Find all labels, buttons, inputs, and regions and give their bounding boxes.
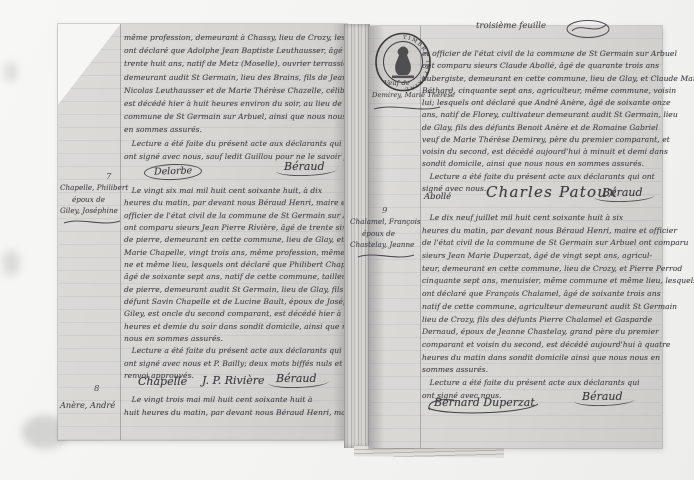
signature-declarant: J. P. Rivière	[202, 374, 265, 387]
handwritten-line: ans, natif de Florey, cultivateur demeur…	[422, 109, 660, 121]
handwritten-line: Lecture a été faite du présent acte aux …	[422, 171, 660, 183]
handwritten-line: heures et demie du soir dans sondit domi…	[124, 321, 346, 333]
act-text-block: Le dix neuf juillet mil huit cent soixan…	[422, 212, 660, 402]
handwritten-line: de l'état civil de la commune de St Germ…	[422, 237, 660, 250]
handwritten-line: natif de cette commune, agriculteur deme…	[422, 301, 660, 314]
handwritten-line: de pierre, demeurant audit St Germain, l…	[124, 284, 346, 296]
handwritten-line: Lecture a été faite du présent acte aux …	[124, 345, 346, 357]
signature-declarant: Delorbe	[144, 163, 203, 181]
handwritten-line: ont signé avec nous et P. Bailly; deux m…	[124, 358, 346, 370]
act-number: 7	[106, 172, 111, 182]
handwritten-line: ne et même lieu, lesquels ont déclaré qu…	[124, 259, 346, 271]
handwritten-line: âgé de soixante sept ans, natif de cette…	[124, 271, 346, 283]
handwritten-line: même profession, demeurant à Chassy, lie…	[124, 31, 346, 44]
handwritten-line: Marie Chapelle, vingt trois ans, même pr…	[124, 247, 346, 259]
act-text-block: même profession, demeurant à Chassy, lie…	[124, 31, 346, 163]
signature-flourish	[424, 394, 544, 414]
signature-mayor: Béraud	[276, 372, 317, 385]
handwritten-line: huit heures du matin, par devant nous Bé…	[124, 406, 346, 419]
act-text-block: Le vingt trois mai mil huit cent soixant…	[124, 393, 346, 419]
margin-note-line: Giley, Joséphine	[60, 205, 128, 217]
handwritten-line: Giley, est oncle du second comparant, es…	[124, 308, 346, 320]
handwritten-line: en sommes assurés.	[124, 123, 346, 136]
handwritten-line: voisin du second, est décédé aujourd'hui…	[422, 146, 660, 158]
margin-note-line: époux de	[60, 194, 128, 206]
handwritten-line: et officier de l'état civil de la commun…	[422, 48, 660, 60]
handwritten-line: cinquante sept ans, menuisier, même comm…	[422, 275, 660, 288]
act-number: 8	[94, 384, 99, 394]
folio-paraph-flourish	[564, 18, 612, 40]
margin-flourish	[356, 252, 416, 261]
signature-mayor: Béraud	[602, 186, 643, 199]
handwritten-line: nous en sommes assurés.	[124, 333, 346, 345]
handwritten-line: ont comparu sieurs Claude Abollé, âgé de…	[422, 60, 660, 72]
handwritten-line: de pierre, demeurant en cette commune, l…	[124, 234, 346, 246]
handwritten-line: aubergiste, demeurant en cette commune, …	[422, 73, 660, 85]
signature-mayor: Béraud	[582, 390, 623, 403]
handwritten-line: sommes assurés.	[422, 364, 660, 377]
margin-note-line: Chapelle, Philibert	[60, 182, 128, 194]
register-book: même profession, demeurant à Chassy, lie…	[58, 22, 664, 452]
signature-declarant: Abollé	[424, 192, 451, 202]
handwritten-line: ont comparu sieurs Jean Pierre Rivière, …	[124, 222, 346, 234]
handwritten-line: défunt Savin Chapelle et de Lucine Bault…	[124, 296, 346, 308]
handwritten-line: ont déclaré que Adolphe Jean Baptiste Le…	[124, 44, 346, 57]
handwritten-line: veuf de Marie Thérèse Demirey, père du p…	[422, 134, 660, 146]
handwritten-line: sieurs Jean Marie Duperzat, âgé de vingt…	[422, 250, 660, 263]
handwritten-line: Le vingt six mai mil huit cent soixante …	[124, 185, 346, 197]
act-number: 9	[382, 206, 387, 216]
handwritten-line: trente huit ans, natif de Metz (Moselle)…	[124, 57, 346, 70]
scan-smudge	[2, 250, 20, 276]
handwritten-line: de Glay, fils des défunts Benoit Anère e…	[422, 122, 660, 134]
signature-declarant: Chapelle	[138, 375, 187, 388]
margin-note-line: Chalamel, François	[350, 216, 421, 228]
handwritten-line: heures du matin, par devant nous Béraud …	[422, 225, 660, 238]
margin-note: Anère, André	[60, 400, 115, 412]
scanned-register-spread: même profession, demeurant à Chassy, lie…	[0, 0, 694, 480]
handwritten-line: Lecture a été faite du présent acte aux …	[422, 377, 660, 390]
margin-rule	[120, 24, 121, 440]
scan-smudge	[4, 62, 18, 82]
handwritten-line: officier de l'état civil de la commune d…	[124, 210, 346, 222]
handwritten-line: heures du matin dans sondit domicile ain…	[422, 352, 660, 365]
handwritten-line: ont déclaré que François Chalamel, âgé d…	[422, 288, 660, 301]
handwritten-line: Béthard, cinquante sept ans, agriculteur…	[422, 85, 660, 97]
handwritten-line: commune de St Germain sur Arbuel, ainsi …	[124, 110, 346, 123]
handwritten-line: Lecture a été faite du présent acte aux …	[124, 137, 346, 150]
page-corner-background	[58, 24, 122, 104]
handwritten-line: teur, demeurant en cette commune, lieu d…	[422, 263, 660, 276]
handwritten-line: Le dix neuf juillet mil huit cent soixan…	[422, 212, 660, 225]
handwritten-line: Le vingt trois mai mil huit cent soixant…	[124, 393, 346, 406]
act-text-block: et officier de l'état civil de la commun…	[422, 48, 660, 195]
handwritten-line: comparant et voisin du second, est décéd…	[422, 339, 660, 352]
margin-note: Chalamel, François époux de Chastelay, J…	[350, 216, 421, 251]
handwritten-line: Dernaud, époux de Jeanne Chastelay, gran…	[422, 326, 660, 339]
handwritten-line: demeurant audit St Germain, lieu des Bra…	[124, 71, 346, 84]
folio-header: troisième feuille	[476, 21, 546, 31]
handwritten-line: Nicolas Leuthausser et de Marie Thérèse …	[124, 84, 346, 97]
handwritten-line: lieu de Crozy, fils des défunts Pierre C…	[422, 314, 660, 327]
handwritten-line: lui; lesquels ont déclaré que André Anèr…	[422, 97, 660, 109]
act-text-block: Le vingt six mai mil huit cent soixante …	[124, 185, 346, 383]
margin-note: Chapelle, Philibert époux de Giley, José…	[60, 182, 128, 217]
margin-note-line: époux de	[350, 228, 421, 240]
handwritten-line: heures du matin, par devant nous Béraud …	[124, 197, 346, 209]
margin-note-line: Anère, André	[60, 400, 115, 412]
signature-mayor: Béraud	[284, 160, 325, 173]
margin-note-line: Chastelay, Jeanne	[350, 239, 421, 251]
handwritten-line: est décédé hier à huit heures environ du…	[124, 97, 346, 110]
left-page: même profession, demeurant à Chassy, lie…	[58, 24, 347, 440]
margin-flourish	[62, 218, 122, 227]
handwritten-line: sondit domicile, ainsi que nous nous en …	[422, 158, 660, 170]
